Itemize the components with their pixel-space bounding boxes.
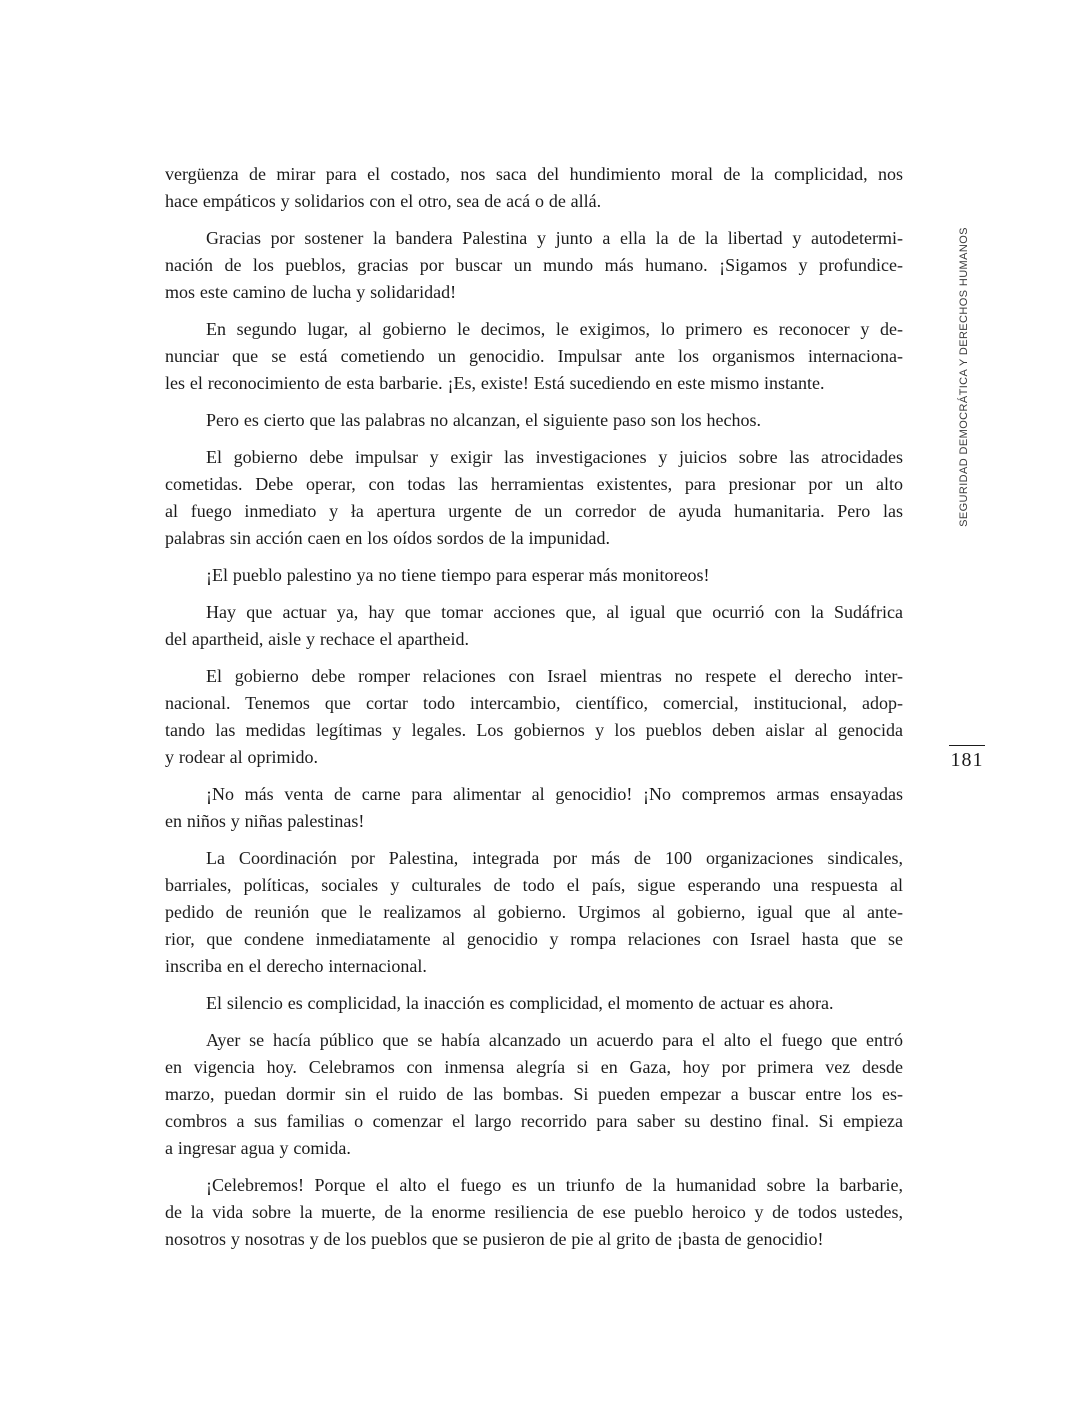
text-line: inscriba en el derecho internacional. bbox=[165, 953, 903, 980]
page-number-block: 181 bbox=[948, 745, 986, 771]
text-line: ¡No más venta de carne para alimentar al… bbox=[165, 781, 903, 808]
paragraph: ¡El pueblo palestino ya no tiene tiempo … bbox=[165, 562, 903, 589]
text-line: El silencio es complicidad, la inacción … bbox=[165, 990, 903, 1017]
text-line: de la vida sobre la muerte, de la enorme… bbox=[165, 1199, 903, 1226]
text-line: El gobierno debe romper relaciones con I… bbox=[165, 663, 903, 690]
paragraph: ¡No más venta de carne para alimentar al… bbox=[165, 781, 903, 835]
text-line: barriales, políticas, sociales y cultura… bbox=[165, 872, 903, 899]
text-line: tando las medidas legítimas y legales. L… bbox=[165, 717, 903, 744]
paragraph: En segundo lugar, al gobierno le decimos… bbox=[165, 316, 903, 397]
text-line: marzo, puedan dormir sin el ruido de las… bbox=[165, 1081, 903, 1108]
body-text: vergüenza de mirar para el costado, nos … bbox=[165, 161, 903, 1253]
text-line: nacional. Tenemos que cortar todo interc… bbox=[165, 690, 903, 717]
text-line: ¡Celebremos! Porque el alto el fuego es … bbox=[165, 1172, 903, 1199]
paragraph: El gobierno debe romper relaciones con I… bbox=[165, 663, 903, 771]
text-line: nación de los pueblos, gracias por busca… bbox=[165, 252, 903, 279]
paragraph: Gracias por sostener la bandera Palestin… bbox=[165, 225, 903, 306]
text-line: El gobierno debe impulsar y exigir las i… bbox=[165, 444, 903, 471]
page-number-rule bbox=[949, 745, 985, 746]
text-line: mos este camino de lucha y solidaridad! bbox=[165, 279, 903, 306]
document-page: vergüenza de mirar para el costado, nos … bbox=[0, 0, 1069, 1409]
text-line: hace empáticos y solidarios con el otro,… bbox=[165, 188, 903, 215]
text-line: cometidas. Debe operar, con todas las he… bbox=[165, 471, 903, 498]
text-line: En segundo lugar, al gobierno le decimos… bbox=[165, 316, 903, 343]
text-line: nunciar que se está cometiendo un genoci… bbox=[165, 343, 903, 370]
text-line: Ayer se hacía público que se había alcan… bbox=[165, 1027, 903, 1054]
paragraph: La Coordinación por Palestina, integrada… bbox=[165, 845, 903, 980]
text-line: al fuego inmediato y ła apertura urgente… bbox=[165, 498, 903, 525]
text-line: Pero es cierto que las palabras no alcan… bbox=[165, 407, 903, 434]
text-line: combros a sus familias o comenzar el lar… bbox=[165, 1108, 903, 1135]
text-line: palabras sin acción caen en los oídos so… bbox=[165, 525, 903, 552]
text-line: Hay que actuar ya, hay que tomar accione… bbox=[165, 599, 903, 626]
text-line: Gracias por sostener la bandera Palestin… bbox=[165, 225, 903, 252]
paragraph: El silencio es complicidad, la inacción … bbox=[165, 990, 903, 1017]
sidebar-section-label: SEGURIDAD DEMOCRÁTICA Y DERECHOS HUMANOS bbox=[958, 227, 970, 527]
paragraph: El gobierno debe impulsar y exigir las i… bbox=[165, 444, 903, 552]
page-number: 181 bbox=[948, 749, 986, 771]
text-line: pedido de reunión que le realizamos al g… bbox=[165, 899, 903, 926]
text-line: les el reconocimiento de esta barbarie. … bbox=[165, 370, 903, 397]
text-line: rior, que condene inmediatamente al geno… bbox=[165, 926, 903, 953]
text-line: del apartheid, aisle y rechace el aparth… bbox=[165, 626, 903, 653]
text-line: vergüenza de mirar para el costado, nos … bbox=[165, 161, 903, 188]
paragraph: ¡Celebremos! Porque el alto el fuego es … bbox=[165, 1172, 903, 1253]
text-line: nosotros y nosotras y de los pueblos que… bbox=[165, 1226, 903, 1253]
text-line: y rodear al oprimido. bbox=[165, 744, 903, 771]
text-line: en vigencia hoy. Celebramos con inmensa … bbox=[165, 1054, 903, 1081]
text-line: a ingresar agua y comida. bbox=[165, 1135, 903, 1162]
text-line: ¡El pueblo palestino ya no tiene tiempo … bbox=[165, 562, 903, 589]
text-line: en niños y niñas palestinas! bbox=[165, 808, 903, 835]
paragraph: vergüenza de mirar para el costado, nos … bbox=[165, 161, 903, 215]
paragraph: Pero es cierto que las palabras no alcan… bbox=[165, 407, 903, 434]
text-line: La Coordinación por Palestina, integrada… bbox=[165, 845, 903, 872]
paragraph: Ayer se hacía público que se había alcan… bbox=[165, 1027, 903, 1162]
paragraph: Hay que actuar ya, hay que tomar accione… bbox=[165, 599, 903, 653]
